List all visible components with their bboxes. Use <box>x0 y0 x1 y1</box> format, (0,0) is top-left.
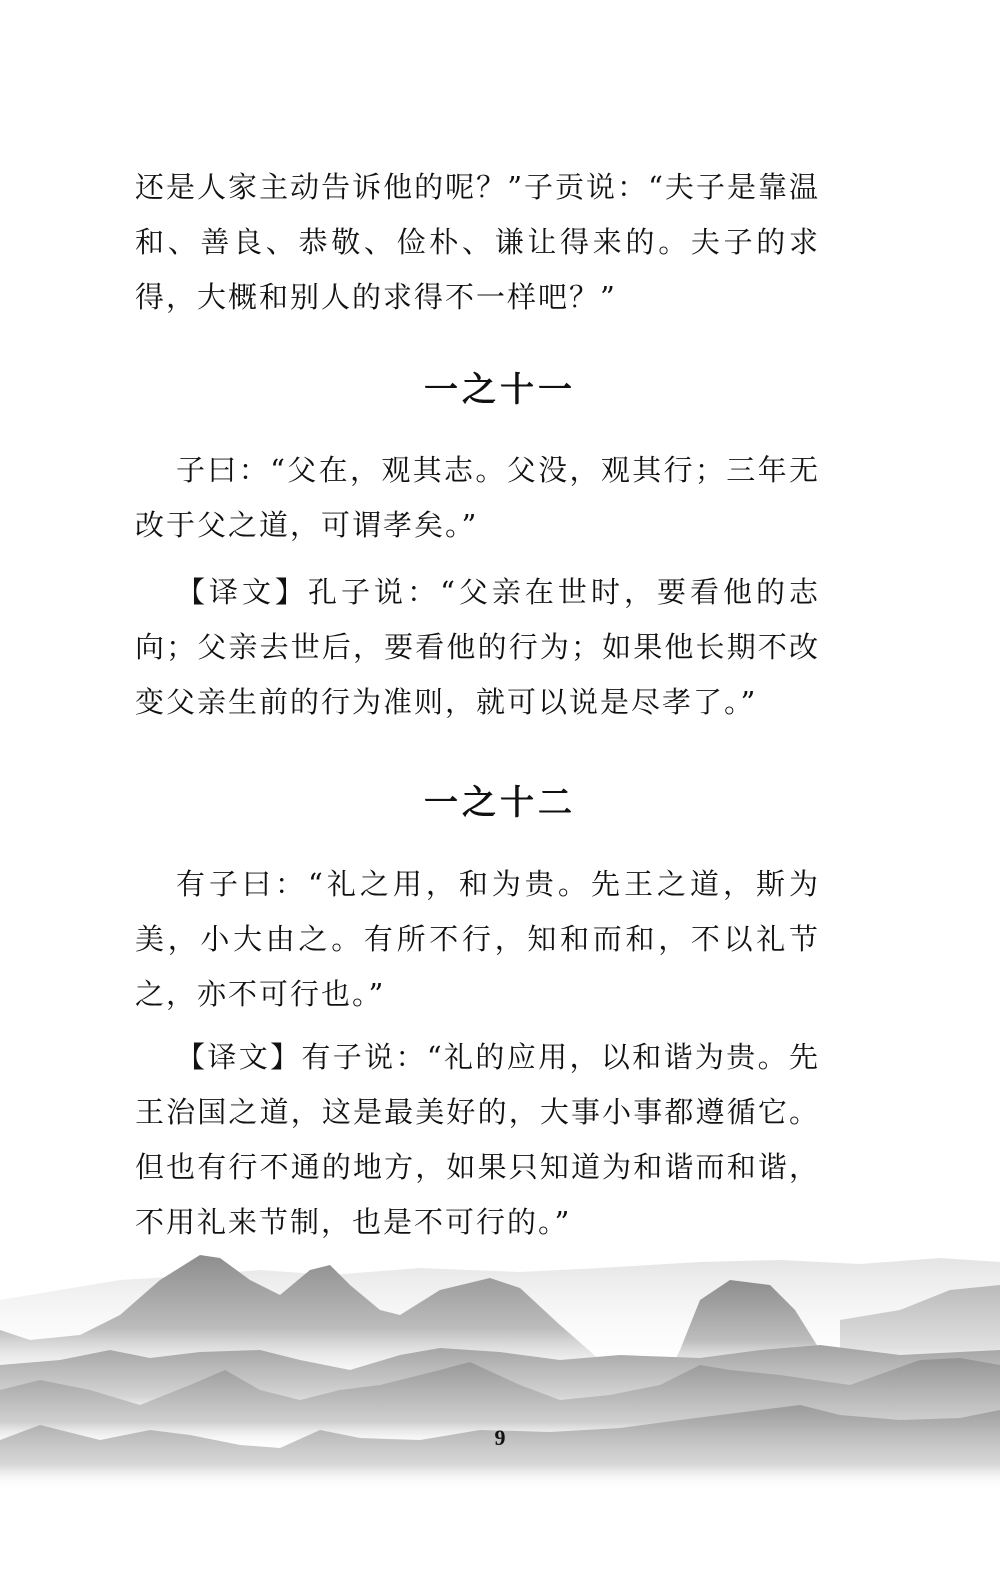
original-text-paragraph: 子曰：“父在，观其志。父没，观其行；三年无改于父之道，可谓孝矣。” <box>135 443 820 553</box>
section-heading-1-11: 一之十一 <box>0 362 1000 411</box>
section-1-12-original-block: 有子曰：“礼之用，和为贵。先王之道，斯为美，小大由之。有所不行，知和而和，不以礼… <box>135 857 820 1022</box>
section-heading-1-12: 一之十二 <box>0 775 1000 824</box>
page-number: 9 <box>0 1425 1000 1451</box>
translation-paragraph: 【译文】有子说：“礼的应用，以和谐为贵。先王治国之道，这是最美好的，大事小事都遵… <box>135 1030 820 1250</box>
book-page: 还是人家主动告诉他的呢？”子贡说：“夫子是靠温和、善良、恭敬、俭朴、谦让得来的。… <box>0 0 1000 1583</box>
section-1-12-translation-block: 【译文】有子说：“礼的应用，以和谐为贵。先王治国之道，这是最美好的，大事小事都遵… <box>135 1030 820 1250</box>
original-text-paragraph: 有子曰：“礼之用，和为贵。先王之道，斯为美，小大由之。有所不行，知和而和，不以礼… <box>135 857 820 1022</box>
continuation-paragraph: 还是人家主动告诉他的呢？”子贡说：“夫子是靠温和、善良、恭敬、俭朴、谦让得来的。… <box>135 160 820 325</box>
ink-wash-mountains-illustration <box>0 1240 1000 1500</box>
continuation-paragraph-block: 还是人家主动告诉他的呢？”子贡说：“夫子是靠温和、善良、恭敬、俭朴、谦让得来的。… <box>135 160 820 325</box>
section-1-11-original-block: 子曰：“父在，观其志。父没，观其行；三年无改于父之道，可谓孝矣。” <box>135 443 820 553</box>
section-1-11-translation-block: 【译文】孔子说：“父亲在世时，要看他的志向；父亲去世后，要看他的行为；如果他长期… <box>135 565 820 730</box>
translation-paragraph: 【译文】孔子说：“父亲在世时，要看他的志向；父亲去世后，要看他的行为；如果他长期… <box>135 565 820 730</box>
